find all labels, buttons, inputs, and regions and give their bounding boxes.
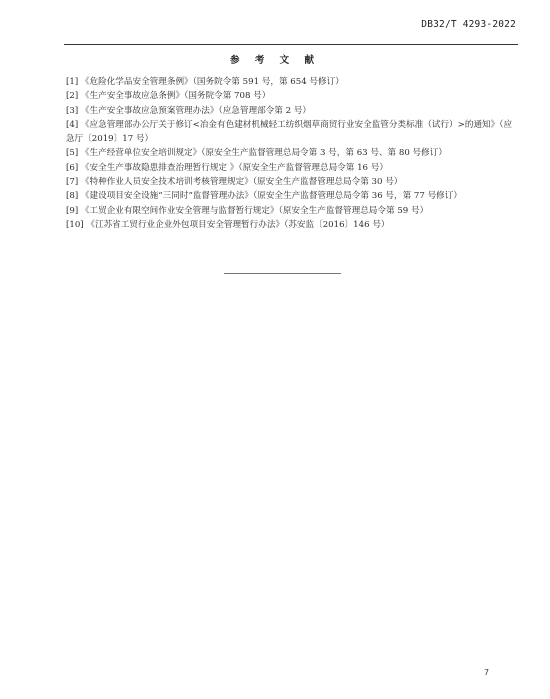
reference-text: 《应急管理部办公厅关于修订<冶金有色建材机械轻工纺织烟草商贸行业安全监管分类标准… — [66, 120, 512, 144]
reference-number: [2] — [66, 91, 78, 101]
reference-item: [3] 《生产安全事故应急预案管理办法》（应急管理部令第 2 号） — [66, 104, 518, 118]
reference-item: [4] 《应急管理部办公厅关于修订<冶金有色建材机械轻工纺织烟草商贸行业安全监管… — [66, 118, 518, 147]
reference-number: [9] — [66, 206, 78, 216]
reference-item: [1] 《危险化学品安全管理条例》（国务院令第 591 号，第 654 号修订） — [66, 75, 518, 89]
reference-number: [1] — [66, 77, 78, 87]
reference-number: [5] — [66, 148, 78, 158]
reference-text: 《工贸企业有限空间作业安全管理与监督暂行规定》（原安全生产监督管理总局令第 59… — [81, 206, 428, 216]
reference-item: [8] 《建设项目安全设施“三同时”监督管理办法》（原安全生产监督管理总局令第 … — [66, 189, 518, 203]
reference-item: [5] 《生产经营单位安全培训规定》（原安全生产监督管理总局令第 3 号，第 6… — [66, 146, 518, 160]
reference-list: [1] 《危险化学品安全管理条例》（国务院令第 591 号，第 654 号修订）… — [66, 75, 518, 232]
reference-text: 《江苏省工贸行业企业外包项目安全管理暂行办法》（苏安监〔2016〕146 号） — [86, 220, 389, 230]
reference-number: [6] — [66, 163, 78, 173]
header-rule — [64, 44, 518, 45]
end-of-section-rule — [224, 273, 341, 274]
reference-text: 《建设项目安全设施“三同时”监督管理办法》（原安全生产监督管理总局令第 36 号… — [81, 191, 462, 201]
reference-text: 《危险化学品安全管理条例》（国务院令第 591 号，第 654 号修订） — [81, 77, 344, 87]
reference-text: 《安全生产事故隐患排查治理暂行规定 》（原安全生产监督管理总局令第 16 号） — [81, 163, 388, 173]
reference-text: 《生产安全事故应急条例》（国务院令第 708 号） — [81, 91, 270, 101]
reference-text: 《特种作业人员安全技术培训考核管理规定》（原安全生产监督管理总局令第 30 号） — [81, 177, 402, 187]
reference-item: [9] 《工贸企业有限空间作业安全管理与监督暂行规定》（原安全生产监督管理总局令… — [66, 204, 518, 218]
reference-item: [2] 《生产安全事故应急条例》（国务院令第 708 号） — [66, 89, 518, 103]
standard-code: DB32/T 4293-2022 — [421, 19, 516, 30]
reference-number: [3] — [66, 106, 78, 116]
reference-number: [10] — [66, 220, 84, 230]
reference-number: [4] — [66, 120, 78, 130]
reference-text: 《生产安全事故应急预案管理办法》（应急管理部令第 2 号） — [81, 106, 311, 116]
reference-number: [7] — [66, 177, 78, 187]
page-number: 7 — [484, 668, 489, 677]
reference-number: [8] — [66, 191, 78, 201]
reference-item: [10] 《江苏省工贸行业企业外包项目安全管理暂行办法》（苏安监〔2016〕14… — [66, 218, 518, 232]
reference-text: 《生产经营单位安全培训规定》（原安全生产监督管理总局令第 3 号，第 63 号、… — [81, 148, 447, 158]
reference-item: [7] 《特种作业人员安全技术培训考核管理规定》（原安全生产监督管理总局令第 3… — [66, 175, 518, 189]
reference-item: [6] 《安全生产事故隐患排查治理暂行规定 》（原安全生产监督管理总局令第 16… — [66, 161, 518, 175]
section-title: 参 考 文 献 — [0, 52, 550, 66]
